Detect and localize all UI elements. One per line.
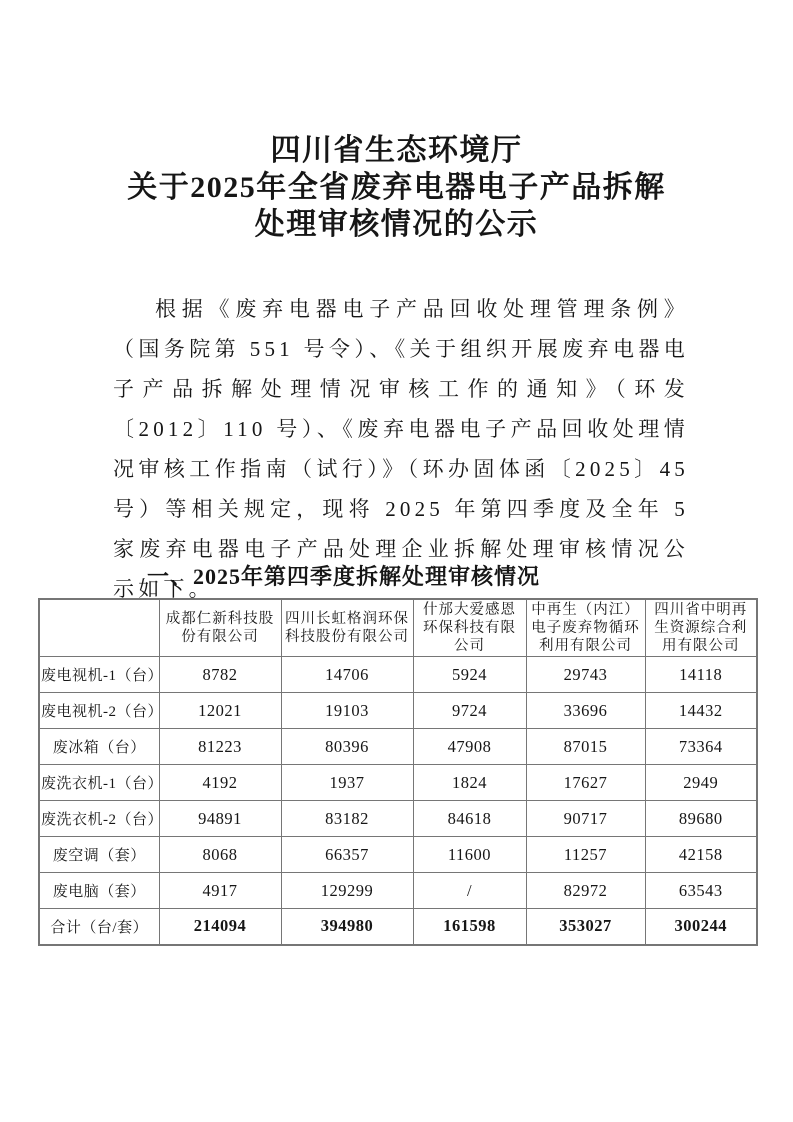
row-label: 废电视机-2（台） [39, 693, 159, 729]
table-row: 废空调（套）806866357116001125742158 [39, 837, 757, 873]
document-title-line-1: 四川省生态环境厅 [0, 132, 793, 169]
table-row: 废洗衣机-2（台）9489183182846189071789680 [39, 801, 757, 837]
cell-value: 33696 [526, 693, 645, 729]
cell-value: 19103 [281, 693, 413, 729]
table-row: 废冰箱（台）8122380396479088701573364 [39, 729, 757, 765]
company-column-header: 四川省中明再生资源综合利用有限公司 [645, 599, 757, 657]
table-row: 合计（台/套）214094394980161598353027300244 [39, 909, 757, 945]
row-label: 废洗衣机-1（台） [39, 765, 159, 801]
table-row: 废电视机-1（台）87821470659242974314118 [39, 657, 757, 693]
table-corner-cell [39, 599, 159, 657]
table-row: 废洗衣机-1（台）419219371824176272949 [39, 765, 757, 801]
row-label: 废电脑（套） [39, 873, 159, 909]
section-heading: 一、2025年第四季度拆解处理审核情况 [113, 560, 733, 591]
cell-value: 42158 [645, 837, 757, 873]
cell-value: 5924 [413, 657, 526, 693]
row-label: 合计（台/套） [39, 909, 159, 945]
cell-value: 83182 [281, 801, 413, 837]
cell-value: 8068 [159, 837, 281, 873]
cell-value: 94891 [159, 801, 281, 837]
cell-value: 353027 [526, 909, 645, 945]
cell-value: 84618 [413, 801, 526, 837]
cell-value: 47908 [413, 729, 526, 765]
row-label: 废冰箱（台） [39, 729, 159, 765]
cell-value: 82972 [526, 873, 645, 909]
company-column-header: 成都仁新科技股份有限公司 [159, 599, 281, 657]
cell-value: 1824 [413, 765, 526, 801]
cell-value: 80396 [281, 729, 413, 765]
document-title-line-3: 处理审核情况的公示 [0, 206, 793, 243]
company-column-header: 中再生（内江）电子废弃物循环利用有限公司 [526, 599, 645, 657]
cell-value: 14432 [645, 693, 757, 729]
cell-value: 1937 [281, 765, 413, 801]
cell-value: 161598 [413, 909, 526, 945]
cell-value: 90717 [526, 801, 645, 837]
cell-value: 89680 [645, 801, 757, 837]
document-title-line-2: 关于2025年全省废弃电器电子产品拆解 [0, 169, 793, 206]
cell-value: 73364 [645, 729, 757, 765]
cell-value: 394980 [281, 909, 413, 945]
cell-value: 14118 [645, 657, 757, 693]
company-column-header: 四川长虹格润环保科技股份有限公司 [281, 599, 413, 657]
row-label: 废电视机-1（台） [39, 657, 159, 693]
row-label: 废空调（套） [39, 837, 159, 873]
cell-value: 87015 [526, 729, 645, 765]
cell-value: 14706 [281, 657, 413, 693]
cell-value: 8782 [159, 657, 281, 693]
cell-value: 66357 [281, 837, 413, 873]
table-header-row: 成都仁新科技股份有限公司四川长虹格润环保科技股份有限公司什邡大爱感恩环保科技有限… [39, 599, 757, 657]
document-title: 四川省生态环境厅 关于2025年全省废弃电器电子产品拆解 处理审核情况的公示 [0, 132, 793, 243]
cell-value: / [413, 873, 526, 909]
document-page: 四川省生态环境厅 关于2025年全省废弃电器电子产品拆解 处理审核情况的公示 根… [0, 0, 793, 1122]
table-head: 成都仁新科技股份有限公司四川长虹格润环保科技股份有限公司什邡大爱感恩环保科技有限… [39, 599, 757, 657]
cell-value: 4917 [159, 873, 281, 909]
table-row: 废电脑（套）4917129299/8297263543 [39, 873, 757, 909]
dismantling-audit-table: 成都仁新科技股份有限公司四川长虹格润环保科技股份有限公司什邡大爱感恩环保科技有限… [38, 598, 758, 946]
cell-value: 4192 [159, 765, 281, 801]
cell-value: 81223 [159, 729, 281, 765]
cell-value: 300244 [645, 909, 757, 945]
cell-value: 129299 [281, 873, 413, 909]
row-label: 废洗衣机-2（台） [39, 801, 159, 837]
cell-value: 2949 [645, 765, 757, 801]
cell-value: 11257 [526, 837, 645, 873]
table-row: 废电视机-2（台）120211910397243369614432 [39, 693, 757, 729]
cell-value: 63543 [645, 873, 757, 909]
cell-value: 11600 [413, 837, 526, 873]
cell-value: 17627 [526, 765, 645, 801]
cell-value: 12021 [159, 693, 281, 729]
cell-value: 214094 [159, 909, 281, 945]
cell-value: 9724 [413, 693, 526, 729]
table-body: 废电视机-1（台）87821470659242974314118废电视机-2（台… [39, 657, 757, 945]
company-column-header: 什邡大爱感恩环保科技有限公司 [413, 599, 526, 657]
cell-value: 29743 [526, 657, 645, 693]
